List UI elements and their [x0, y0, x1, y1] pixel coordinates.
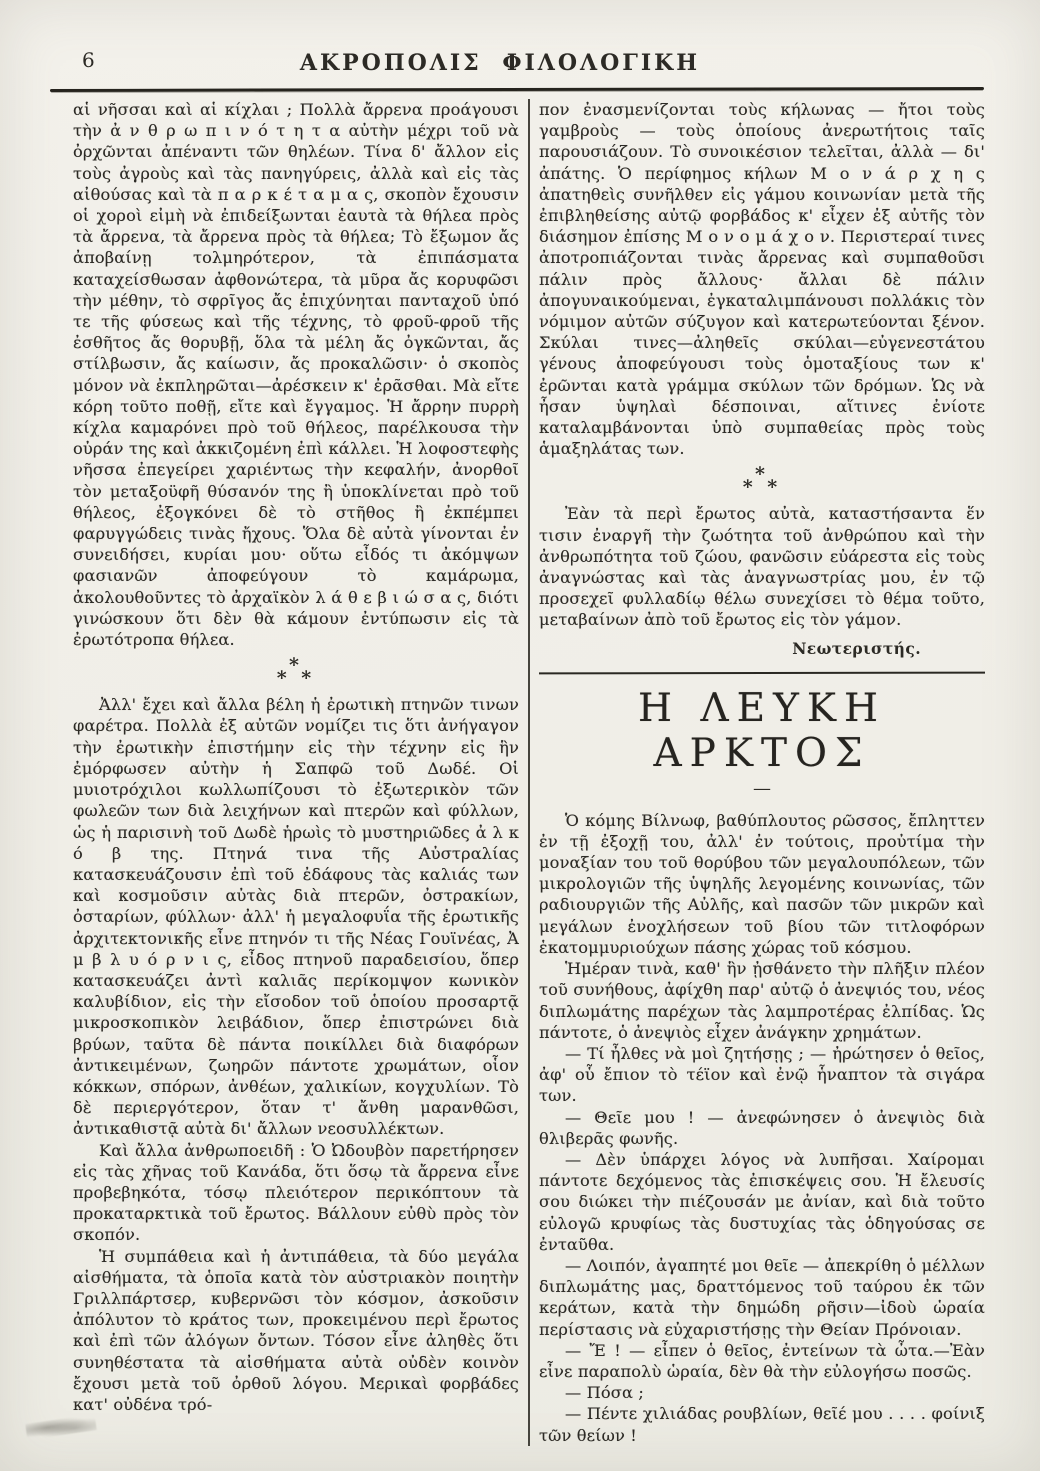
asterism-separator: * * * [539, 471, 985, 493]
asterism-top-star: * [539, 469, 985, 480]
newspaper-page: 6 ΑΚΡΟΠΟΛΙΣ ΦΙΛΟΛΟΓΙΚΗ αἱ νῆσσαι καὶ αἱ … [0, 0, 1040, 1471]
dialogue-paragraph: — Ἔ ! — εἶπεν ὁ θεῖος, ἐντείνων τὰ ὦτα.—… [539, 1340, 985, 1382]
paragraph: αἱ νῆσσαι καὶ αἱ κίχλαι ; Πολλὰ ἄρρενα π… [73, 99, 519, 650]
dialogue-paragraph: — Δὲν ὑπάρχει λόγος νὰ λυπῆσαι. Χαίρομαι… [539, 1149, 985, 1255]
paragraph: Ὁ κόμης Βίλνωφ, βαθύπλουτος ρῶσσος, ἔπλη… [539, 810, 985, 958]
dialogue-paragraph: — Τί ἦλθες νὰ μοὶ ζητήσῃς ; — ἠρώτησεν ὁ… [539, 1043, 985, 1107]
columns: αἱ νῆσσαι καὶ αἱ κίχλαι ; Πολλὰ ἄρρενα π… [73, 99, 985, 1446]
paragraph: Ἐὰν τὰ περὶ ἔρωτος αὐτὰ, καταστήσαντα ἕν… [539, 503, 985, 630]
article-title: Η ΛΕΥΚΗ ΑΡΚΤΟΣ [539, 686, 985, 776]
paragraph: Ἡμέραν τινὰ, καθ' ἣν ᾐσθάνετο τὴν πλῆξιν… [539, 958, 985, 1043]
paragraph: Καὶ ἄλλα ἀνθρωποειδῆ : Ὁ Ὠδουβὸν παρετήρ… [73, 1140, 519, 1246]
asterism-separator: * * * [73, 662, 519, 684]
masthead-title: ΑΚΡΟΠΟΛΙΣ ΦΙΛΟΛΟΓΙΚΗ [0, 50, 1000, 76]
paragraph: Ἀλλ' ἔχει καὶ ἄλλα βέλη ἡ ἐρωτικὴ πτηνῶν… [73, 694, 519, 1139]
author-signature: Νεωτεριστής. [539, 639, 985, 658]
asterism-top-star: * [73, 660, 519, 671]
dialogue-paragraph: — Λοιπόν, ἀγαπητέ μοι θεῖε — ἀπεκρίθη ὁ … [539, 1255, 985, 1340]
dialogue-paragraph: — Πόσα ; [539, 1382, 985, 1403]
dialogue-paragraph: — Πέντε χιλιάδας ρουβλίων, θεῖέ μου . . … [539, 1403, 985, 1445]
right-column: πον ἐνασμενίζονται τοὺς κήλωνας — ἤτοι τ… [530, 99, 985, 1446]
dialogue-paragraph: — Θεῖε μου ! — ἀνεφώνησεν ὁ ἀνεψιὸς διὰ … [539, 1107, 985, 1149]
header-rule [50, 87, 984, 92]
article-divider-rule [539, 671, 985, 674]
title-dash: — [539, 782, 985, 796]
paragraph: Ἡ συμπάθεια καὶ ἡ ἀντιπάθεια, τὰ δύο μεγ… [73, 1246, 519, 1416]
left-column: αἱ νῆσσαι καὶ αἱ κίχλαι ; Πολλὰ ἄρρενα π… [73, 99, 528, 1446]
paragraph: πον ἐνασμενίζονται τοὺς κήλωνας — ἤτοι τ… [539, 99, 985, 459]
